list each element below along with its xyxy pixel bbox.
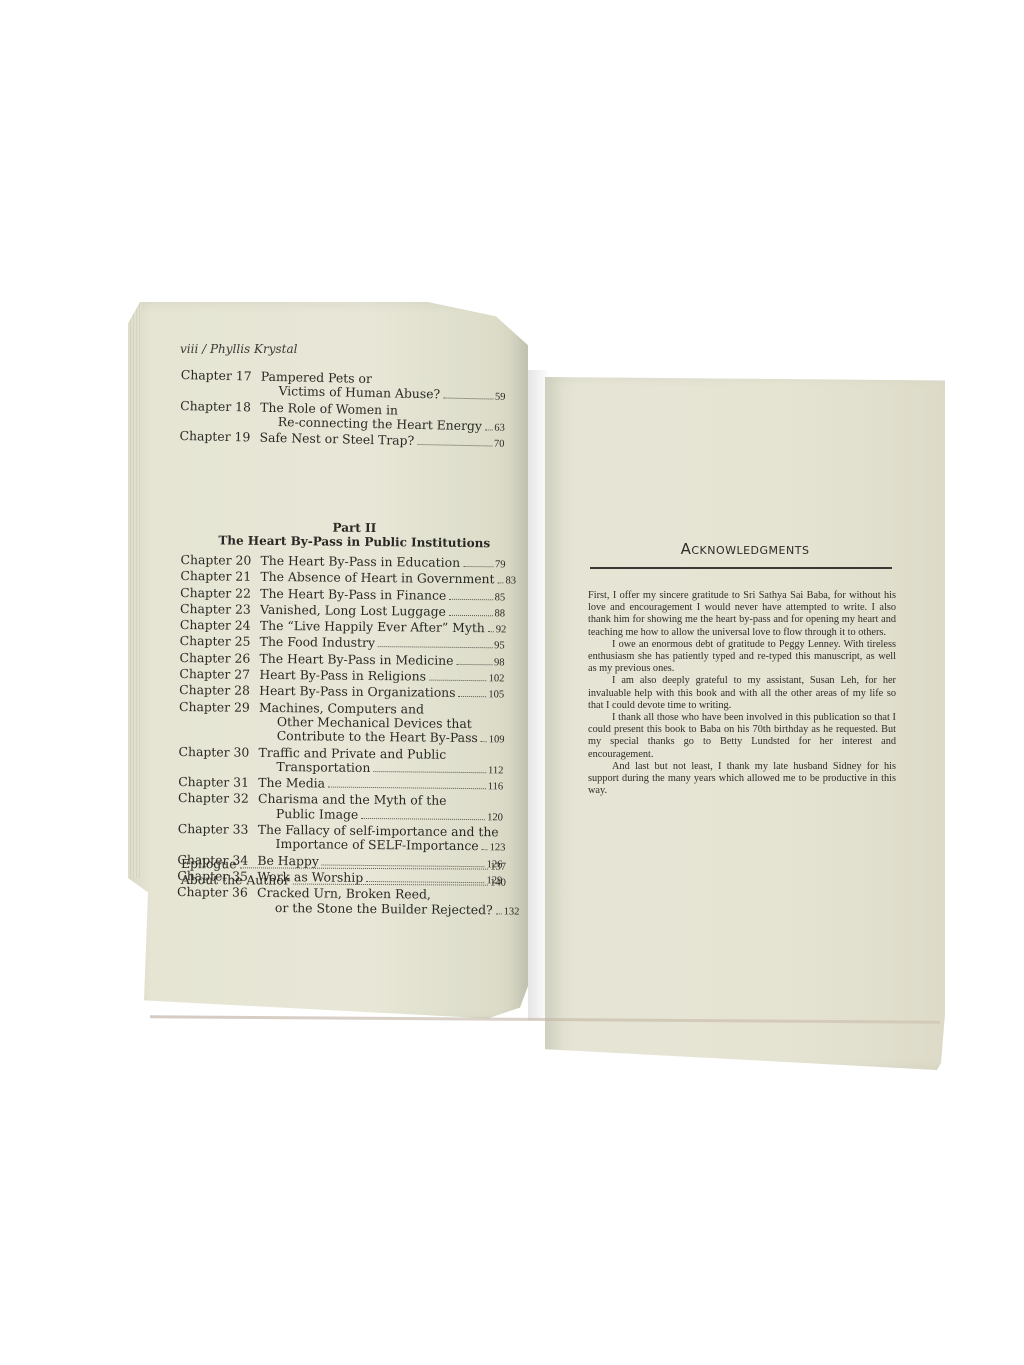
page-number: 83 — [505, 575, 516, 589]
dot-leader — [361, 818, 485, 820]
chapter-number: Chapter 28 — [179, 683, 259, 700]
part-title: The Heart By-Pass in Public Institutions — [203, 533, 506, 550]
dot-leader — [378, 647, 492, 649]
page-edge-stack — [128, 302, 142, 878]
acknowledgment-paragraph: First, I offer my sincere gratitude to S… — [588, 590, 896, 639]
page-number: 95 — [494, 640, 505, 654]
dot-leader — [417, 444, 492, 447]
dot-leader — [497, 583, 503, 584]
page-number: 120 — [487, 811, 503, 825]
left-page: viii / Phyllis Krystal Chapter 17Pampere… — [128, 302, 528, 1022]
dot-leader — [496, 913, 502, 914]
chapter-number — [177, 900, 257, 917]
chapter-title-text: Vanished, Long Lost Luggage — [260, 603, 446, 619]
dot-leader — [481, 741, 487, 742]
page-number: 116 — [488, 780, 504, 794]
dot-leader — [449, 598, 492, 599]
page-number: 102 — [489, 672, 505, 686]
page-number: 123 — [490, 842, 506, 856]
page-number: 137 — [490, 861, 506, 875]
chapter-title-text: Heart By-Pass in Religions — [259, 668, 426, 684]
page-number: 63 — [494, 421, 505, 436]
toc-back-matter: Epilogue137About the Author140 — [181, 857, 506, 891]
chapter-title-text: Public Image — [258, 807, 359, 822]
chapter-number: Chapter 21 — [180, 569, 260, 586]
dot-leader — [457, 664, 492, 665]
part-heading: Part II The Heart By-Pass in Public Inst… — [203, 519, 506, 550]
acknowledgments-title: Acknowledgments — [545, 540, 945, 558]
acknowledgments-body: First, I offer my sincere gratitude to S… — [588, 590, 896, 797]
back-matter-title: About the Author140 — [181, 873, 506, 891]
back-matter-text: About the Author — [181, 873, 290, 888]
acknowledgment-paragraph: I thank all those who have been involved… — [588, 712, 896, 761]
chapter-title-text: Heart By-Pass in Organizations — [259, 684, 456, 700]
chapter-number — [179, 728, 259, 745]
toc-entry: or the Stone the Builder Rejected?132 — [177, 900, 502, 920]
dot-leader — [449, 615, 493, 616]
acknowledgment-paragraph: I owe an enormous debt of gratitude to P… — [588, 639, 896, 676]
title-rule — [590, 567, 892, 569]
toc-entry: About the Author140 — [181, 873, 506, 891]
dot-leader — [328, 787, 486, 790]
chapter-title-text: The Media — [258, 776, 325, 791]
running-head: viii / Phyllis Krystal — [180, 342, 298, 356]
chapter-title-text: Importance of SELF-Importance — [258, 837, 479, 854]
page-number: 105 — [488, 689, 504, 703]
chapter-title-text: The Heart By-Pass in Medicine — [259, 652, 453, 668]
right-page: Acknowledgments First, I offer my sincer… — [545, 377, 945, 1070]
chapter-title-text: or the Stone the Builder Rejected? — [257, 900, 493, 917]
page-number: 109 — [489, 734, 505, 748]
chapter-number: Chapter 29 — [179, 700, 259, 715]
acknowledgment-paragraph: I am also deeply grateful to my assistan… — [588, 675, 896, 712]
chapter-number: Chapter 25 — [180, 634, 260, 651]
chapter-title-text: Safe Nest or Steel Trap? — [259, 431, 414, 449]
dot-leader — [373, 771, 486, 773]
chapter-title-text: The Heart By-Pass in Education — [260, 554, 460, 570]
dot-leader — [293, 884, 489, 886]
page-number: 140 — [490, 877, 506, 891]
chapter-title-text: The “Live Happily Ever After” Myth — [260, 619, 485, 636]
page-number: 85 — [495, 591, 506, 605]
chapter-title-text: The Heart By-Pass in Finance — [260, 586, 446, 602]
chapter-title-text: The Absence of Heart in Government — [260, 570, 494, 587]
chapter-number — [178, 836, 258, 853]
dot-leader — [488, 631, 494, 632]
dot-leader — [429, 680, 487, 682]
page-number: 132 — [504, 905, 520, 919]
dot-leader — [240, 867, 489, 869]
back-matter-text: Epilogue — [181, 857, 237, 872]
toc-part1: Chapter 17Pampered Pets orVictims of Hum… — [179, 368, 506, 452]
chapter-number: Chapter 30 — [178, 745, 258, 760]
page-number: 112 — [488, 764, 504, 778]
chapter-number: Chapter 32 — [178, 791, 258, 806]
chapter-title: or the Stone the Builder Rejected?132 — [257, 900, 502, 919]
page-number: 92 — [496, 623, 507, 637]
dot-leader — [459, 696, 487, 697]
page-number: 88 — [494, 607, 505, 621]
dot-leader — [463, 566, 493, 567]
chapter-number — [179, 714, 259, 729]
dot-leader — [485, 429, 492, 430]
chapter-title-text: Transportation — [258, 760, 370, 775]
acknowledgment-paragraph: And last but not least, I thank my late … — [588, 761, 896, 798]
chapter-number: Chapter 19 — [179, 429, 259, 447]
page-number: 70 — [494, 438, 505, 453]
dot-leader — [482, 850, 488, 851]
dot-leader — [443, 398, 493, 400]
chapter-title-text: The Food Industry — [260, 635, 375, 651]
page-number: 59 — [495, 391, 506, 406]
page-number: 98 — [494, 656, 505, 670]
page-number: 79 — [495, 558, 506, 572]
chapter-title-text: Contribute to the Heart By-Pass — [259, 729, 478, 746]
chapter-number: Chapter 33 — [178, 822, 258, 837]
